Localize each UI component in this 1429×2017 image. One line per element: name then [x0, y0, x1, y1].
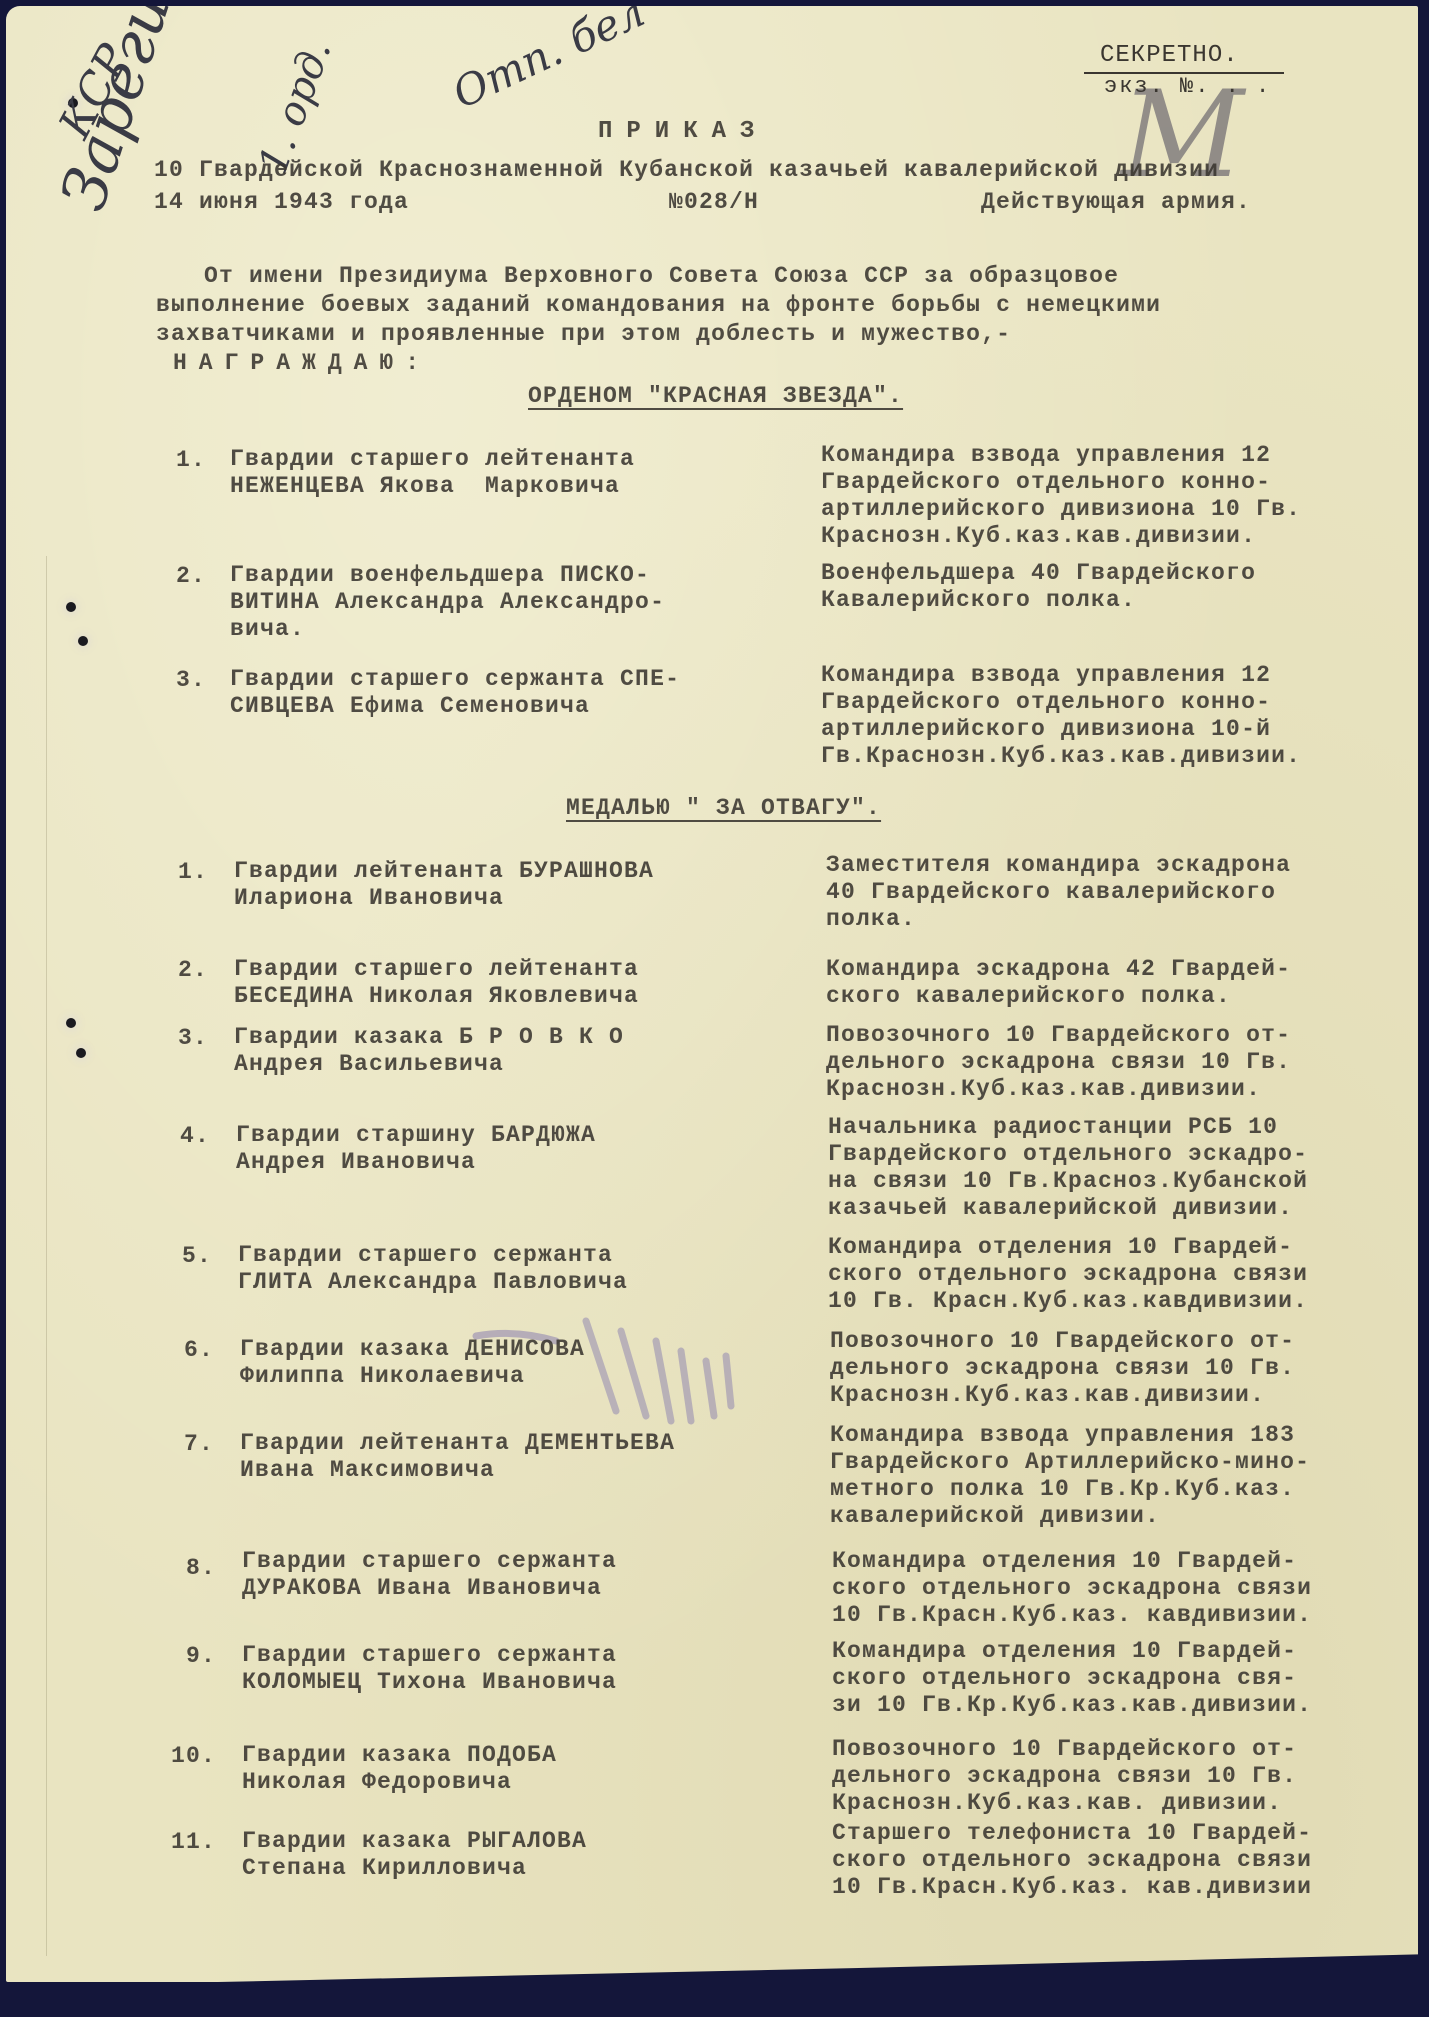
entry-number: 10.: [166, 1742, 216, 1770]
entry-position: Командира отделения 10 Гвардей- ского от…: [832, 1548, 1312, 1629]
entry-name: Гвардии старшего сержанта ДУРАКОВА Ивана…: [242, 1548, 617, 1602]
entry-name: Гвардии старшину БАРДЮЖА Андрея Иванович…: [236, 1122, 596, 1176]
entry-position: Повозочного 10 Гвардейского от- дельного…: [832, 1736, 1297, 1817]
document-page: КСР 1. орд. Зарегистр Отп. бел М СЕКРЕТН…: [6, 6, 1418, 1982]
entry-position: Повозочного 10 Гвардейского от- дельного…: [826, 1022, 1291, 1103]
fold-line: [46, 556, 47, 1956]
handwritten-registration-note: Зарегистр: [46, 0, 226, 219]
entry-name: Гвардии старшего лейтенанта НЕЖЕНЦЕВА Як…: [230, 446, 635, 500]
entry-number: 3.: [156, 666, 206, 694]
entry-number: 2.: [158, 956, 208, 984]
entry-position: Заместителя командира эскадрона 40 Гвард…: [826, 852, 1291, 933]
punch-hole: [76, 1048, 86, 1058]
entry-number: 1.: [158, 858, 208, 886]
entry-position: Командира отделения 10 Гвардей- ского от…: [832, 1638, 1312, 1719]
entry-position: Командира взвода управления 12 Гвардейск…: [821, 442, 1301, 550]
entry-position: Военфельдшера 40 Гвардейского Кавалерийс…: [821, 560, 1256, 614]
document-title: ПРИКАЗ: [598, 118, 768, 146]
preamble-line: От имени Президиума Верховного Совета Со…: [204, 262, 1119, 291]
entry-name: Гвардии старшего сержанта СПЕ- СИВЦЕВА Е…: [230, 666, 680, 720]
preamble-line: выполнение боевых заданий командования н…: [156, 291, 1161, 320]
classification-label: СЕКРЕТНО.: [1100, 42, 1239, 69]
entry-position: Повозочного 10 Гвардейского от- дельного…: [830, 1328, 1295, 1409]
entry-number: 5.: [162, 1242, 212, 1270]
entry-number: 2.: [156, 562, 206, 590]
punch-hole: [66, 1018, 76, 1028]
entry-number: 8.: [166, 1554, 216, 1582]
entry-name: Гвардии казака РЫГАЛОВА Степана Кириллов…: [242, 1828, 587, 1882]
entry-name: Гвардии старшего лейтенанта БЕСЕДИНА Ник…: [234, 956, 639, 1010]
order-number: №028/Н: [669, 188, 759, 216]
order-date: 14 июня 1943 года: [154, 188, 409, 216]
entry-number: 6.: [164, 1336, 214, 1364]
entry-position: Старшего телефониста 10 Гвардей- ского о…: [832, 1820, 1312, 1901]
punch-hole: [66, 602, 76, 612]
section-heading-red-star: ОРДЕНОМ "КРАСНАЯ ЗВЕЗДА".: [528, 382, 903, 410]
punch-hole: [78, 636, 88, 646]
section-heading-medal-courage: МЕДАЛЬЮ " ЗА ОТВАГУ".: [566, 794, 881, 822]
entry-position: Командира взвода управления 183 Гвардейс…: [830, 1422, 1310, 1530]
entry-number: 1.: [156, 446, 206, 474]
entry-name: Гвардии старшего сержанта ГЛИТА Александ…: [238, 1242, 628, 1296]
entry-number: 3.: [158, 1024, 208, 1052]
handwritten-signature: Отп. бел: [445, 0, 652, 118]
entry-name: Гвардии лейтенанта БУРАШНОВА Илариона Ив…: [234, 858, 654, 912]
entry-number: 9.: [166, 1642, 216, 1670]
entry-name: Гвардии военфельдшера ПИСКО- ВИТИНА Алек…: [230, 562, 665, 643]
entry-position: Начальника радиостанции РСБ 10 Гвардейск…: [828, 1114, 1308, 1222]
entry-position: Командира эскадрона 42 Гвардей- ского ка…: [826, 956, 1291, 1010]
copy-number: экз. №. . .: [1104, 74, 1271, 99]
entry-number: 4.: [160, 1122, 210, 1150]
entry-name: Гвардии казака ПОДОБА Николая Федоровича: [242, 1742, 557, 1796]
entry-name: Гвардии старшего сержанта КОЛОМЫЕЦ Тихон…: [242, 1642, 617, 1696]
entry-number: 11.: [166, 1828, 216, 1856]
unit-name: 10 Гвардейской Краснознаменной Кубанской…: [154, 156, 1219, 184]
preamble-line: захватчиками и проявленные при этом добл…: [156, 320, 1011, 349]
entry-name: Гвардии лейтенанта ДЕМЕНТЬЕВА Ивана Макс…: [240, 1430, 675, 1484]
order-location: Действующая армия.: [981, 188, 1251, 216]
entry-name: Гвардии казака ДЕНИСОВА Филиппа Николаев…: [240, 1336, 585, 1390]
award-verb: НАГРАЖДАЮ:: [173, 349, 431, 377]
entry-position: Командира взвода управления 12 Гвардейск…: [821, 662, 1301, 770]
entry-position: Командира отделения 10 Гвардей- ского от…: [828, 1234, 1308, 1315]
entry-name: Гвардии казака Б Р О В К О Андрея Василь…: [234, 1024, 624, 1078]
entry-number: 7.: [164, 1430, 214, 1458]
